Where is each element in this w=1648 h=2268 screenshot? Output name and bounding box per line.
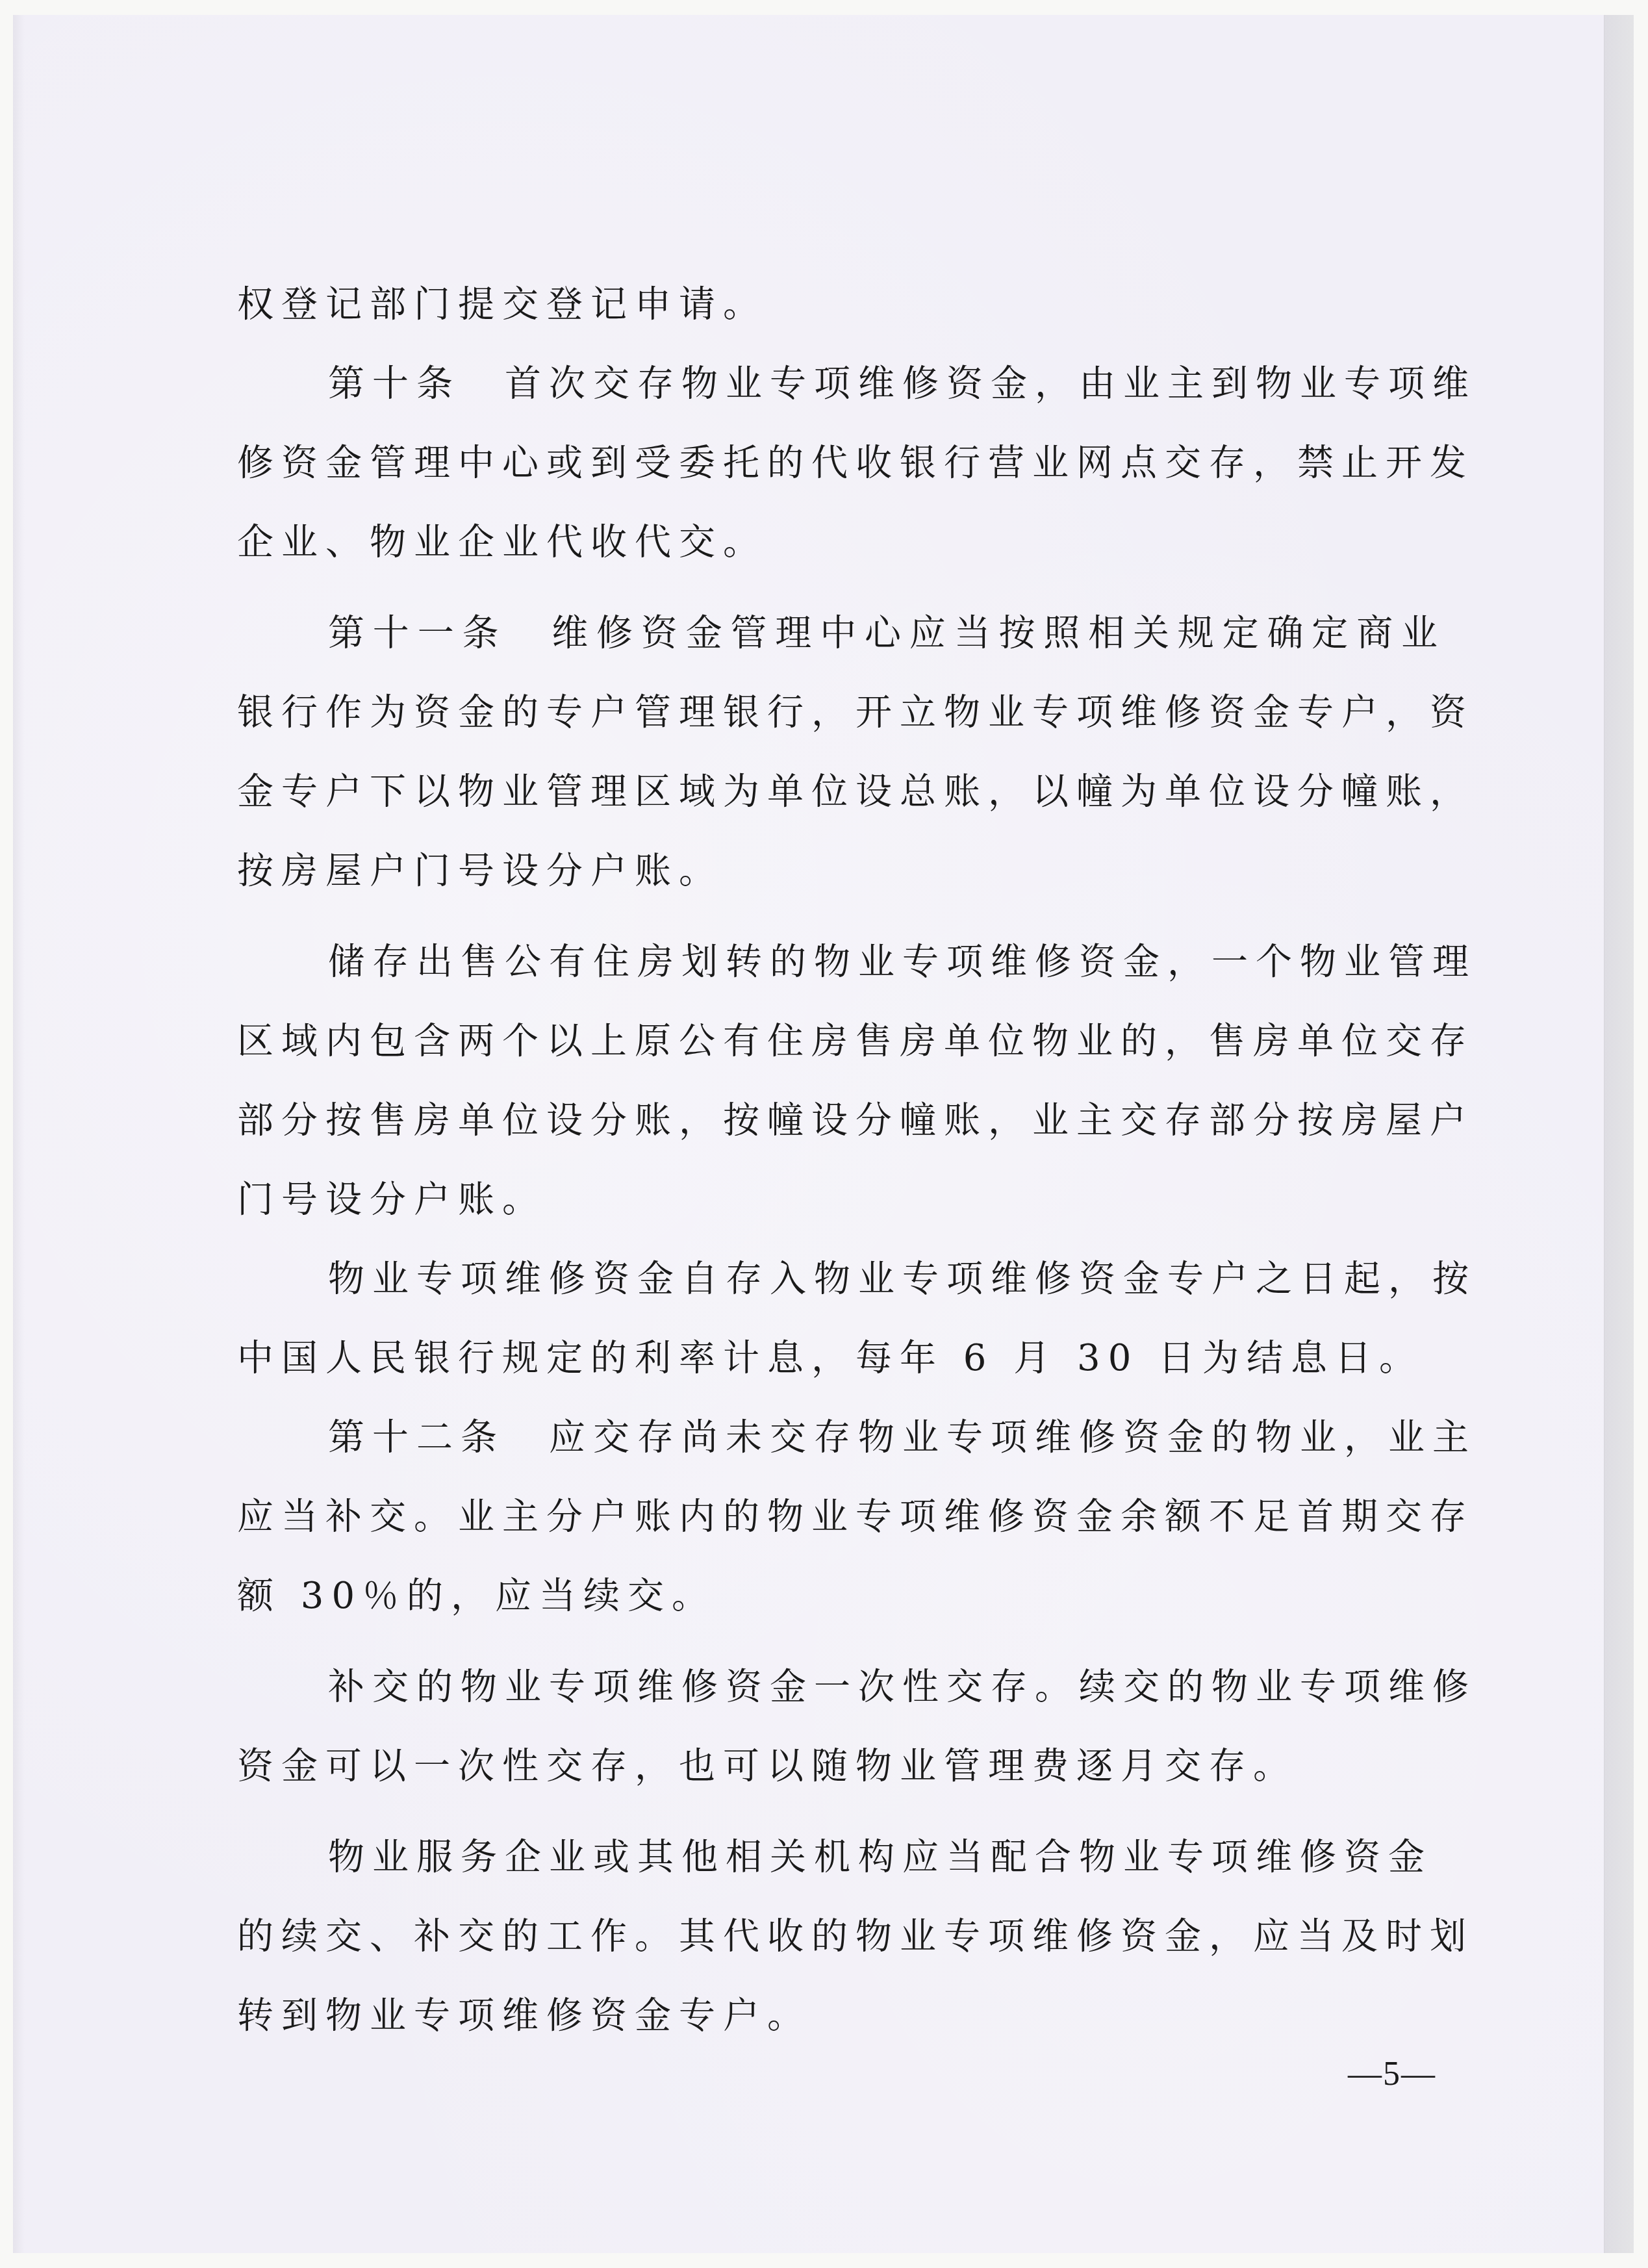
text-line: 额 30％的，应当续交。 xyxy=(237,1557,1445,1636)
text-line: 按房屋户门号设分户账。 xyxy=(237,832,1445,911)
text-line: 区域内包含两个以上原公有住房售房单位物业的，售房单位交存 xyxy=(237,1002,1445,1081)
document-page: 权登记部门提交登记申请。 第十条 首次交存物业专项维修资金，由业主到物业专项维 … xyxy=(13,15,1634,2253)
body-text: 权登记部门提交登记申请。 第十条 首次交存物业专项维修资金，由业主到物业专项维 … xyxy=(237,265,1445,2056)
page-number: —5— xyxy=(1348,2055,1436,2093)
text-line: 修资金管理中心或到受委托的代收银行营业网点交存，禁止开发 xyxy=(237,424,1445,503)
text-line: 转到物业专项维修资金专户。 xyxy=(237,1976,1445,2056)
text-line: 门号设分户账。 xyxy=(237,1160,1445,1240)
text-line: 中国人民银行规定的利率计息，每年 6 月 30 日为结息日。 xyxy=(237,1319,1445,1398)
article-12-heading-line: 第十二条 应交存尚未交存物业专项维修资金的物业，业主 xyxy=(237,1398,1445,1477)
page-right-edge-band xyxy=(1604,15,1634,2253)
paragraph-first-line: 储存出售公有住房划转的物业专项维修资金，一个物业管理 xyxy=(237,923,1445,1002)
paragraph-first-line: 物业服务企业或其他相关机构应当配合物业专项维修资金 xyxy=(237,1818,1445,1897)
text-line: 金专户下以物业管理区域为单位设总账，以幢为单位设分幢账， xyxy=(237,752,1445,832)
text-line: 的续交、补交的工作。其代收的物业专项维修资金，应当及时划 xyxy=(237,1897,1445,1976)
paragraph-first-line: 物业专项维修资金自存入物业专项维修资金专户之日起，按 xyxy=(237,1240,1445,1319)
paragraph-first-line: 补交的物业专项维修资金一次性交存。续交的物业专项维修 xyxy=(237,1648,1445,1727)
article-10-heading-line: 第十条 首次交存物业专项维修资金，由业主到物业专项维 xyxy=(237,344,1445,424)
text-line: 应当补交。业主分户账内的物业专项维修资金余额不足首期交存 xyxy=(237,1477,1445,1557)
article-11-heading-line: 第十一条 维修资金管理中心应当按照相关规定确定商业 xyxy=(237,594,1445,673)
text-line: 权登记部门提交登记申请。 xyxy=(237,265,1445,344)
page-left-shadow xyxy=(13,15,25,2253)
text-line: 企业、物业企业代收代交。 xyxy=(237,503,1445,582)
text-line: 资金可以一次性交存，也可以随物业管理费逐月交存。 xyxy=(237,1727,1445,1806)
text-line: 部分按售房单位设分账，按幢设分幢账，业主交存部分按房屋户 xyxy=(237,1081,1445,1160)
text-line: 银行作为资金的专户管理银行，开立物业专项维修资金专户，资 xyxy=(237,673,1445,752)
